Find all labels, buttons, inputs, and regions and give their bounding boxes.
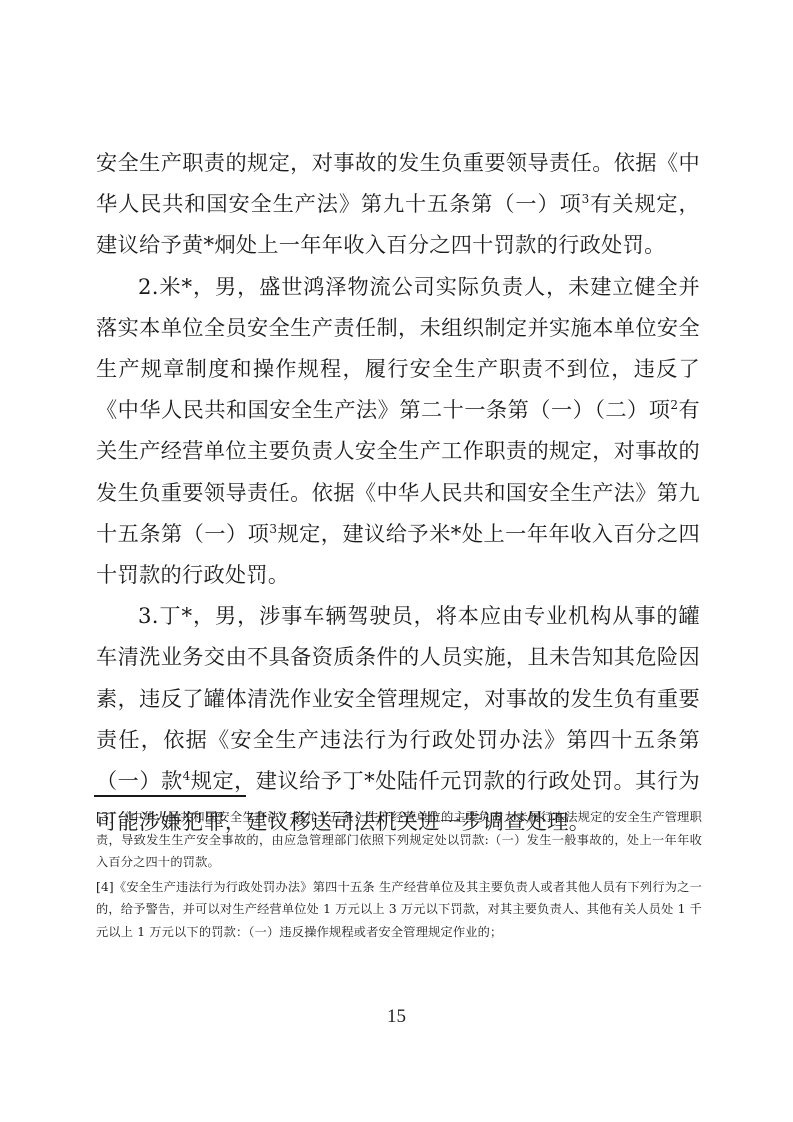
footnotes: [3] 《中华人民共和国安全生产法》第九十五条：生产经营单位的主要负责人未履行本… bbox=[96, 806, 702, 946]
paragraph-text: 2.米*，男，盛世鸿泽物流公司实际负责人，未建立健全并落实本单位全员安全生产责任… bbox=[96, 274, 700, 423]
footnote-marker: [4] bbox=[96, 880, 114, 894]
document-page: 安全生产职责的规定，对事故的发生负重要领导责任。依据《中华人民共和国安全生产法》… bbox=[0, 0, 793, 1122]
body-text: 安全生产职责的规定，对事故的发生负重要领导责任。依据《中华人民共和国安全生产法》… bbox=[96, 142, 700, 842]
paragraph-text: 3.丁*，男，涉事车辆驾驶员，将本应由专业机构从事的罐车清洗业务交由不具备资质条… bbox=[96, 603, 700, 793]
footnote-marker: [3] bbox=[96, 810, 114, 824]
footnote-3: [3] 《中华人民共和国安全生产法》第九十五条：生产经营单位的主要负责人未履行本… bbox=[96, 806, 702, 874]
paragraph-item-2: 2.米*，男，盛世鸿泽物流公司实际负责人，未建立健全并落实本单位全员安全生产责任… bbox=[96, 266, 700, 596]
footnote-separator bbox=[94, 795, 246, 797]
footnote-ref[interactable]: 3 bbox=[582, 192, 590, 206]
page-number: 15 bbox=[0, 1006, 793, 1028]
footnote-text: 《安全生产违法行为行政处罚办法》第四十五条 生产经营单位及其主要负责人或者其他人… bbox=[96, 880, 702, 939]
paragraph-continuation: 安全生产职责的规定，对事故的发生负重要领导责任。依据《中华人民共和国安全生产法》… bbox=[96, 142, 700, 266]
footnote-4: [4]《安全生产违法行为行政处罚办法》第四十五条 生产经营单位及其主要负责人或者… bbox=[96, 876, 702, 944]
footnote-text: 《中华人民共和国安全生产法》第九十五条：生产经营单位的主要负责人未履行本法规定的… bbox=[96, 810, 702, 869]
footnote-ref[interactable]: 4 bbox=[183, 769, 191, 783]
